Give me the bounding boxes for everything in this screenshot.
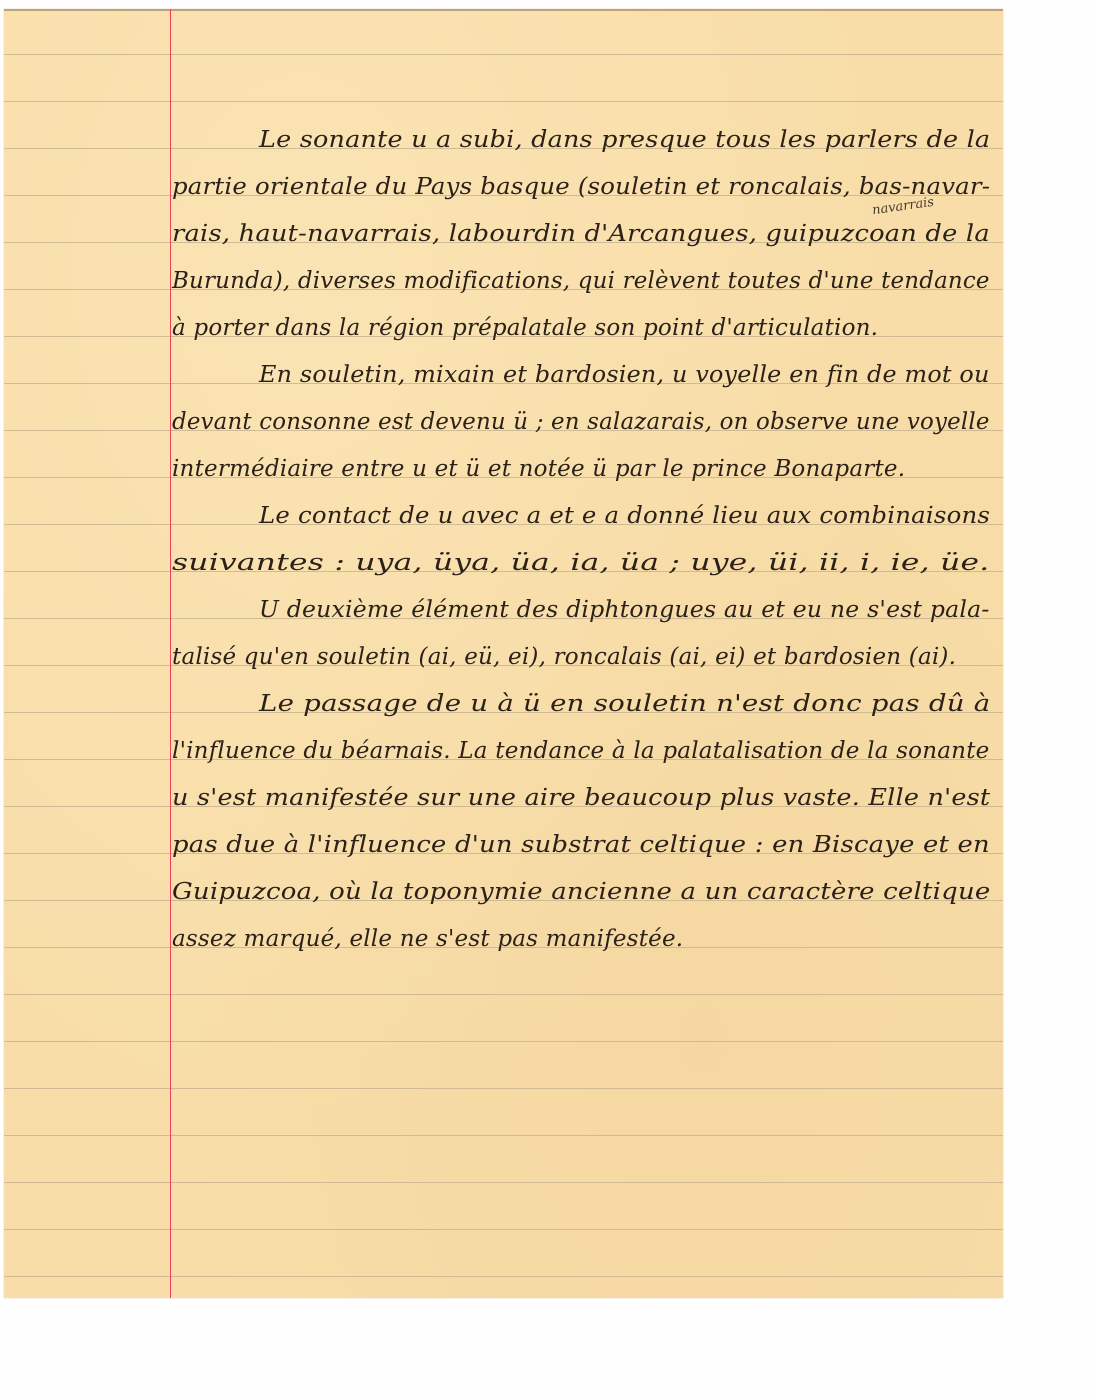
handwritten-line-15: u s'est manifestée sur une aire beaucoup… (172, 785, 990, 811)
handwritten-line-10: suivantes : uya, üya, üa, ia, üa ; uye, … (172, 550, 989, 576)
handwritten-line-14: l'influence du béarnais. La tendance à l… (172, 738, 989, 764)
handwritten-line-1: Le sonante u a subi, dans presque tous l… (259, 127, 990, 153)
ruled-line (4, 1088, 1003, 1089)
ruled-line (4, 1041, 1003, 1042)
ruled-line (4, 101, 1003, 102)
handwritten-line-3: rais, haut-navarrais, labourdin d'Arcang… (172, 221, 990, 247)
handwritten-line-5: à porter dans la région prépalatale son … (172, 315, 878, 341)
ruled-line (4, 1229, 1003, 1230)
handwritten-line-11: U deuxième élément des diphtongues au et… (259, 597, 990, 623)
handwritten-line-9: Le contact de u avec a et e a donné lieu… (259, 503, 990, 529)
ruled-line (4, 1182, 1003, 1183)
notebook-page: Le sonante u a subi, dans presque tous l… (4, 9, 1003, 1298)
handwritten-line-18: assez marqué, elle ne s'est pas manifest… (172, 926, 683, 952)
handwritten-line-17: Guipuzcoa, où la toponymie ancienne a un… (172, 879, 990, 905)
page-top-edge (4, 9, 1003, 11)
handwritten-line-16: pas due à l'influence d'un substrat celt… (172, 832, 990, 858)
handwritten-line-13: Le passage de u à ü en souletin n'est do… (259, 691, 990, 717)
red-margin-line (170, 9, 171, 1298)
handwritten-line-4: Burunda), diverses modifications, qui re… (172, 268, 990, 294)
ruled-line (4, 994, 1003, 995)
handwritten-line-6: En souletin, mixain et bardosien, u voye… (259, 362, 990, 388)
handwritten-line-2: partie orientale du Pays basque (souleti… (172, 174, 990, 200)
handwritten-line-7: devant consonne est devenu ü ; en salaza… (172, 409, 990, 435)
handwritten-line-12: talisé qu'en souletin (ai, eü, ei), ronc… (172, 644, 956, 670)
ruled-line (4, 1276, 1003, 1277)
ruled-line (4, 54, 1003, 55)
handwritten-line-8: intermédiaire entre u et ü et notée ü pa… (172, 456, 905, 482)
ruled-line (4, 1135, 1003, 1136)
